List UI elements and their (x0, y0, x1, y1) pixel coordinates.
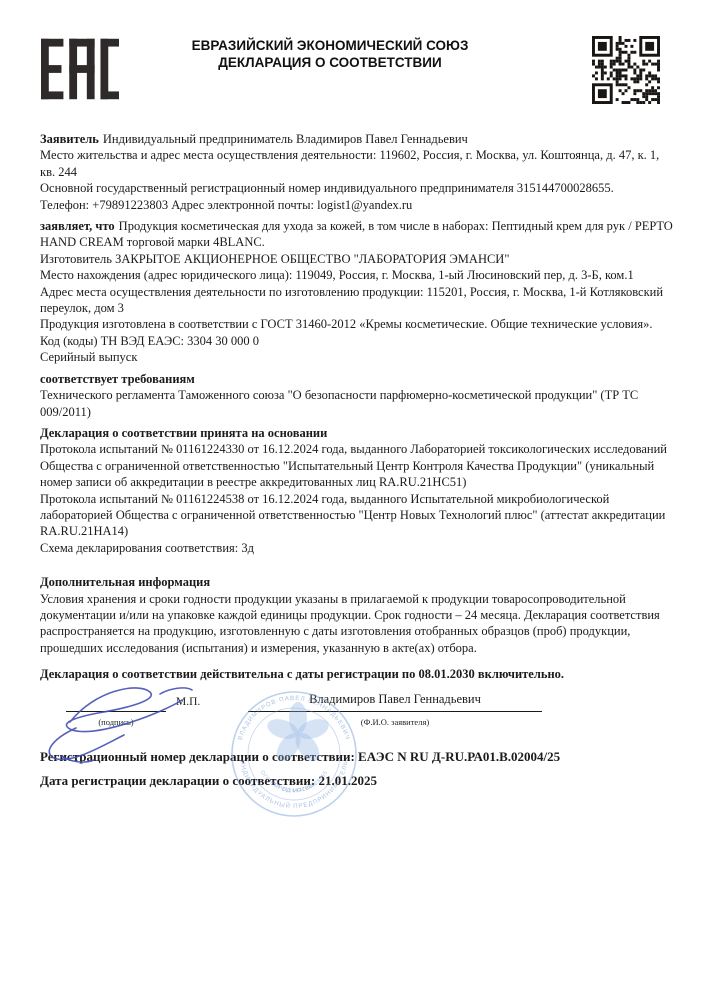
declares-line: заявляет, чтоПродукция косметическая для… (40, 218, 674, 251)
svg-text:ГОРОД МОСКВА: ГОРОД МОСКВА (270, 781, 318, 795)
applicant-name: Индивидуальный предприниматель Владимиро… (103, 132, 468, 146)
declares-label: заявляет, что (40, 219, 115, 233)
manufacturer-line: Изготовитель ЗАКРЫТОЕ АКЦИОНЕРНОЕ ОБЩЕСТ… (40, 251, 674, 267)
additional-text: Условия хранения и сроки годности продук… (40, 591, 674, 657)
handwritten-signature (40, 680, 225, 768)
title-union: ЕВРАЗИЙСКИЙ ЭКОНОМИЧЕСКИЙ СОЮЗ (130, 37, 530, 54)
legal-address-line: Место нахождения (адрес юридического лиц… (40, 267, 674, 283)
title-declaration: ДЕКЛАРАЦИЯ О СООТВЕТСТВИИ (130, 54, 530, 71)
applicant-label: Заявитель (40, 132, 99, 146)
basis-protocol1: Протокола испытаний № 01161224330 от 16.… (40, 441, 674, 490)
document-title: ЕВРАЗИЙСКИЙ ЭКОНОМИЧЕСКИЙ СОЮЗ ДЕКЛАРАЦИ… (130, 37, 530, 71)
scheme-line: Схема декларирования соответствия: 3д (40, 540, 674, 556)
declaration-document-page: ЕВРАЗИЙСКИЙ ЭКОНОМИЧЕСКИЙ СОЮЗ ДЕКЛАРАЦИ… (0, 0, 708, 1000)
additional-heading: Дополнительная информация (40, 574, 674, 590)
qr-code-icon (592, 36, 660, 104)
gost-line: Продукция изготовлена в соответствии с Г… (40, 316, 674, 332)
applicant-line: ЗаявительИндивидуальный предприниматель … (40, 131, 674, 147)
stamp-flower (265, 702, 331, 765)
tnved-line: Код (коды) ТН ВЭД ЕАЭС: 3304 30 000 0 (40, 333, 674, 349)
eac-logo-icon (41, 38, 119, 100)
compliance-requirement-line: Технического регламента Таможенного союз… (40, 387, 674, 420)
applicant-address-line: Место жительства и адрес места осуществл… (40, 147, 674, 180)
issue-type-line: Серийный выпуск (40, 349, 674, 365)
basis-heading: Декларация о соответствии принята на осн… (40, 425, 674, 441)
product-description: Продукция косметическая для ухода за кож… (40, 219, 673, 249)
compliance-heading: соответствует требованиям (40, 371, 674, 387)
basis-protocol2: Протокола испытаний № 01161224538 от 16.… (40, 491, 674, 540)
applicant-ogrn-line: Основной государственный регистрационный… (40, 180, 674, 196)
applicant-contact-line: Телефон: +79891223803 Адрес электронной … (40, 197, 674, 213)
production-address-line: Адрес места осуществления деятельности п… (40, 284, 674, 317)
stamp-arc-city: ГОРОД МОСКВА (270, 781, 318, 795)
registration-stamp: ВЛАДИМИРОВ ПАВЕЛ ГЕННАДЬЕВИЧ ИНДИВИДУАЛЬ… (212, 686, 376, 822)
